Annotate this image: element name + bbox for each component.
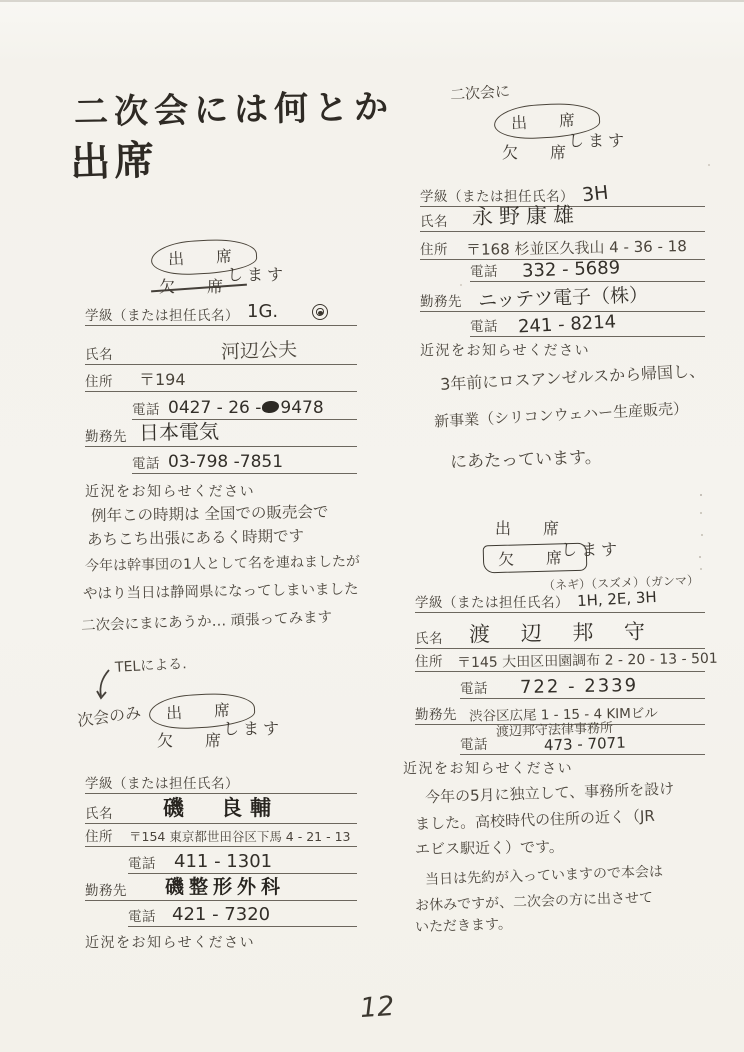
phone-label: 電話 bbox=[460, 733, 488, 753]
phone-label: 電話 bbox=[128, 905, 156, 925]
news-line: やはり当日は静岡県になってしまいました bbox=[83, 578, 359, 604]
news-line: 3年前にロスアンゼルスから帰国し、 bbox=[440, 358, 706, 395]
absent-label: 欠 席 bbox=[502, 145, 580, 162]
workplace-value: 磯整形外科 bbox=[165, 872, 285, 899]
name-label: 氏名 bbox=[420, 210, 448, 230]
news-line: 新事業（シリコンウェハー生産販売） bbox=[434, 397, 689, 431]
absent-choice-boxed: 欠 席 bbox=[483, 543, 588, 574]
workplace-row: 勤務先 渋谷区広尾 1 - 15 - 4 KIMビル bbox=[415, 701, 705, 725]
attend-label: 出 席 bbox=[495, 521, 573, 538]
phone2-value: 421 - 7320 bbox=[172, 904, 270, 925]
news-line: ました。高校時代の住所の近く（JR bbox=[415, 805, 655, 834]
nijikai-note: 二次会に bbox=[449, 80, 510, 105]
name-row: 氏名 渡 辺 邦 守 bbox=[415, 618, 705, 649]
ink-blot-icon bbox=[262, 401, 279, 413]
class-row: 学級（または担任氏名） 1H, 2E, 3H bbox=[415, 586, 705, 613]
address-label: 住所 bbox=[85, 825, 113, 845]
reply-form-1: 出 席 します 欠 席 学級（または担任氏名） 1G. 氏名 河辺公夫 住所 〒… bbox=[85, 232, 357, 632]
phone-value: 411 - 1301 bbox=[174, 851, 272, 872]
absent-label: 欠 席 bbox=[498, 550, 576, 569]
phone2-row: 電話 421 - 7320 bbox=[128, 902, 357, 927]
news-line: 二次会にまにあうか… 頑張ってみます bbox=[81, 606, 333, 636]
phone-label: 電話 bbox=[128, 852, 156, 872]
phone2-row: 電話 03-798 -7851 bbox=[132, 447, 357, 474]
phone-value: 332 - 5689 bbox=[522, 257, 621, 281]
page-number: 12 bbox=[359, 991, 395, 1024]
workplace-row: 勤務先 ニッテツ電子（株） bbox=[420, 282, 705, 312]
class-value: 1G. bbox=[247, 301, 278, 322]
phone-row: 電話 722 - 2339 bbox=[460, 674, 705, 699]
address-label: 住所 bbox=[415, 650, 443, 670]
absent-label: 欠 席 bbox=[157, 733, 235, 750]
workplace-label: 勤務先 bbox=[85, 425, 127, 445]
name-row: 氏名 河辺公夫 bbox=[85, 334, 357, 365]
address-row: 住所 〒194 bbox=[85, 365, 357, 392]
phone2-value: 241 - 8214 bbox=[518, 311, 617, 337]
name-value: 渡 辺 邦 守 bbox=[469, 615, 658, 648]
reply-form-2: TELによる. 次会のみ 出 席 します 欠 席 学級（または担任氏名） 氏名 … bbox=[85, 652, 357, 952]
workplace-row: 勤務先 磯整形外科 bbox=[85, 875, 357, 901]
phone2-value: 03-798 -7851 bbox=[168, 452, 283, 472]
address-row: 住所 〒154 東京都世田谷区下馬 4 - 21 - 13 bbox=[85, 824, 357, 847]
news-line: にあたっています。 bbox=[450, 442, 602, 472]
class-row: 学級（または担任氏名） 1G. bbox=[85, 298, 357, 326]
news-line: 例年この時期は 全国での販売会で bbox=[91, 500, 329, 526]
news-line: 今年は幹事団の1人として名を連ねましたが bbox=[85, 551, 360, 576]
address-row: 住所 〒168 杉並区久我山 4 - 36 - 18 bbox=[420, 232, 705, 260]
name-value: 磯 良輔 bbox=[163, 792, 279, 822]
class-row: 学級（または担任氏名） bbox=[85, 768, 357, 794]
news-line: あちこち出張にあるく時期です bbox=[87, 524, 304, 550]
down-arrow-icon bbox=[93, 668, 115, 702]
absent-label: 欠 席 bbox=[159, 279, 237, 296]
address-row: 住所 〒145 大田区田園調布 2 - 20 - 13 - 501 bbox=[415, 649, 705, 672]
workplace-value: ニッテツ電子（株） bbox=[478, 280, 649, 313]
news-line: いただきます。 bbox=[415, 913, 513, 936]
seal-stamp-icon bbox=[312, 304, 328, 320]
news-line: エビス駅近く）です。 bbox=[415, 836, 564, 860]
phone2-value: 473 - 7071 bbox=[544, 736, 626, 755]
absent-choice: 欠 席 bbox=[502, 140, 580, 163]
attend-choice: 出 席 bbox=[495, 516, 573, 539]
phone-label: 電話 bbox=[460, 677, 488, 697]
absent-choice-struck: 欠 席 bbox=[159, 274, 237, 297]
address-value: 〒194 bbox=[139, 367, 186, 390]
class-value: 3H bbox=[581, 182, 610, 207]
phone-row: 電話 411 - 1301 bbox=[128, 848, 357, 874]
phone2-row: 電話 241 - 8214 bbox=[470, 312, 705, 337]
phone-label: 電話 bbox=[132, 398, 160, 418]
address-label: 住所 bbox=[420, 238, 448, 258]
news-line: お休みですが、二次会の方に出させて bbox=[415, 887, 654, 915]
workplace-label: 勤務先 bbox=[415, 703, 457, 723]
name-row: 氏名 永野康雄 bbox=[420, 207, 705, 232]
reply-form-3: 二次会に 出 席 します 欠 席 学級（または担任氏名） 3H 氏名 永野康雄 … bbox=[420, 82, 705, 482]
news-prompt: 近況をお知らせください bbox=[85, 932, 255, 952]
phone-part2: 9478 bbox=[280, 398, 323, 418]
reply-form-4: 出 席 します 欠 席 （ネギ）（スズメ）（ガンマ） 学級（または担任氏名） 1… bbox=[415, 512, 705, 952]
phone-label: 電話 bbox=[132, 452, 160, 472]
news-prompt: 近況をお知らせください bbox=[420, 340, 590, 360]
scan-noise bbox=[700, 494, 702, 496]
class-value: 1H, 2E, 3H bbox=[577, 588, 658, 610]
name-label: 氏名 bbox=[85, 802, 113, 822]
news-prompt: 近況をお知らせください bbox=[85, 481, 255, 501]
phone-row: 電話 332 - 5689 bbox=[470, 260, 705, 282]
news-prompt: 近況をお知らせください bbox=[403, 758, 573, 778]
class-label: 学級（または担任氏名） bbox=[85, 304, 239, 324]
phone-value: 722 - 2339 bbox=[520, 675, 638, 698]
scanned-reply-sheet: 二次会には何とか 出席 出 席 します 欠 席 学級（または担任氏名） 1G. … bbox=[0, 0, 744, 1052]
header-note-line2: 出席 bbox=[69, 128, 159, 188]
address-value: 〒154 東京都世田谷区下馬 4 - 21 - 13 bbox=[129, 827, 351, 845]
absent-choice: 欠 席 bbox=[157, 728, 235, 751]
workplace-row: 勤務先 日本電気 bbox=[85, 419, 357, 447]
tel-note: TELによる. bbox=[115, 653, 188, 677]
name-label: 氏名 bbox=[85, 343, 113, 363]
news-line: 当日は先約が入っていますので本会は bbox=[425, 861, 664, 889]
phone-label: 電話 bbox=[470, 315, 498, 335]
workplace-label: 勤務先 bbox=[420, 290, 462, 310]
name-value: 河辺公夫 bbox=[221, 335, 298, 365]
address-label: 住所 bbox=[85, 370, 113, 390]
class-label: 学級（または担任氏名） bbox=[85, 772, 239, 792]
phone-label: 電話 bbox=[470, 260, 498, 280]
phone2-row: 電話 渡辺邦守法律事務所 473 - 7071 bbox=[460, 725, 705, 755]
header-note-line1: 二次会には何とか bbox=[74, 79, 395, 134]
workplace-value: 渋谷区広尾 1 - 15 - 4 KIMビル bbox=[469, 701, 658, 724]
address-value: 〒168 杉並区久我山 4 - 36 - 18 bbox=[466, 235, 687, 260]
jikai-nomi-note: 次会のみ bbox=[76, 700, 143, 732]
address-value: 〒145 大田区田園調布 2 - 20 - 13 - 501 bbox=[457, 648, 718, 673]
name-label: 氏名 bbox=[415, 627, 443, 647]
workplace-label: 勤務先 bbox=[85, 879, 127, 899]
workplace-value: 日本電気 bbox=[139, 415, 219, 445]
news-line: 今年の5月に独立して、事務所を設け bbox=[425, 778, 675, 808]
class-label: 学級（または担任氏名） bbox=[415, 591, 569, 611]
name-value: 永野康雄 bbox=[472, 199, 581, 231]
name-row: 氏名 磯 良輔 bbox=[85, 794, 357, 824]
